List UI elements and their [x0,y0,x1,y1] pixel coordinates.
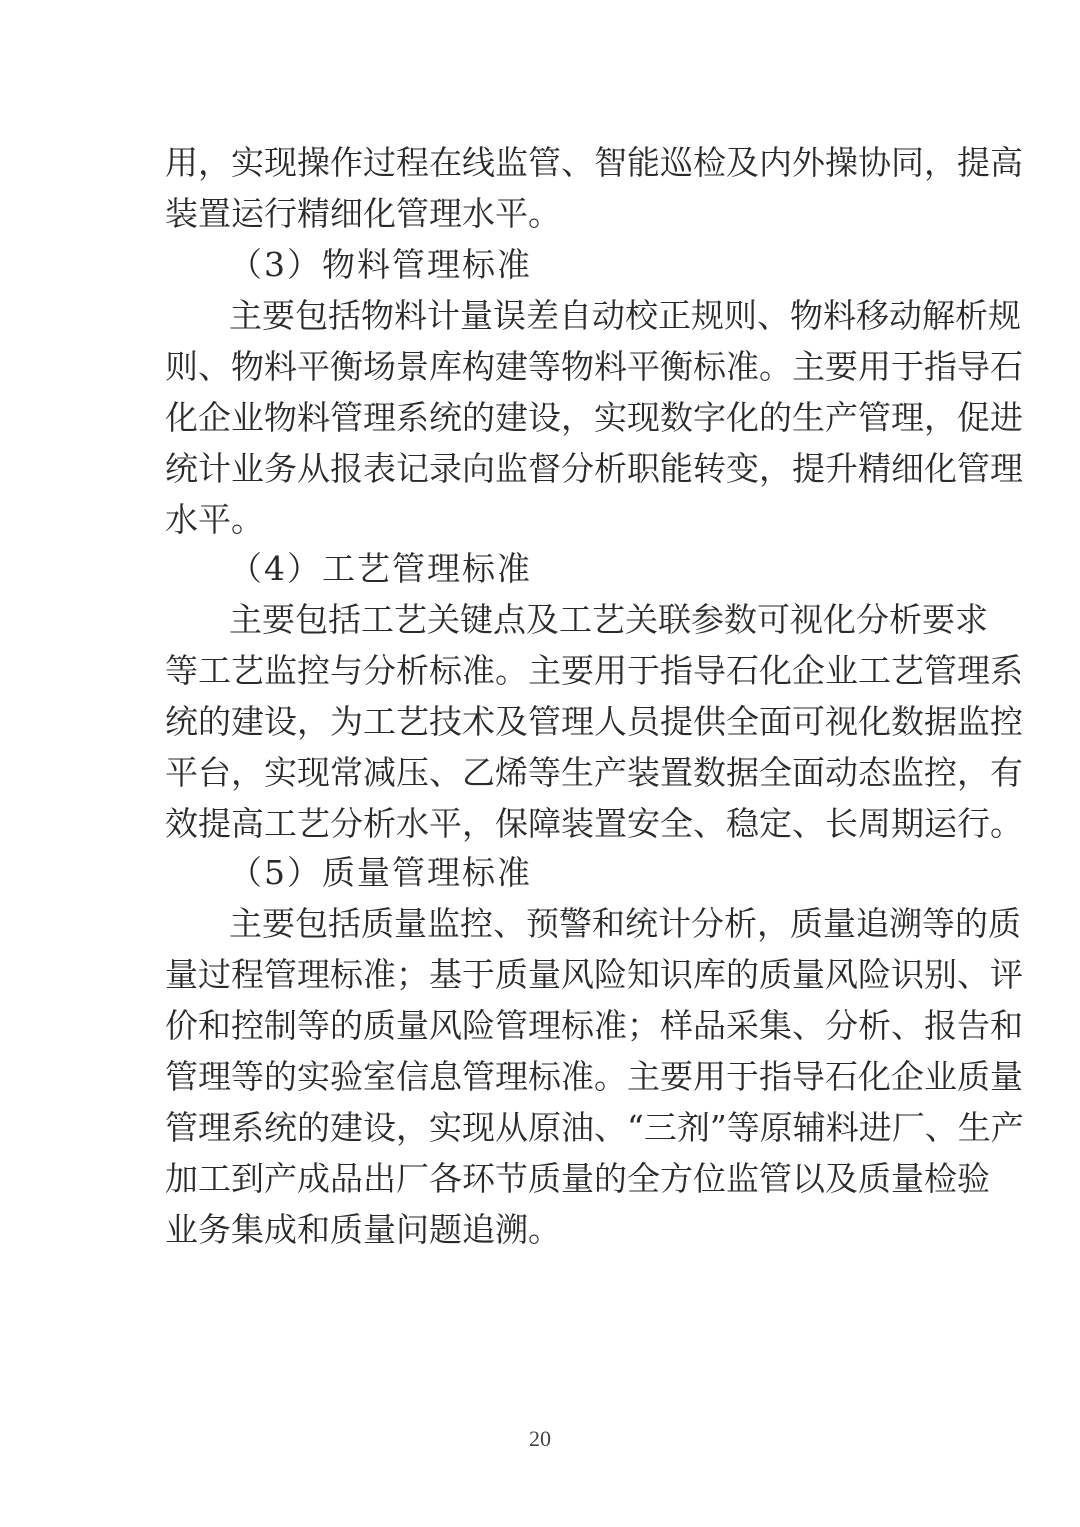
paragraph-line: 装置运行精细化管理水平。 [165,189,917,239]
page-number: 20 [0,1426,1080,1452]
section-heading-process-management: （4）工艺管理标准 [229,544,532,594]
section-heading-quality-management: （5）质量管理标准 [229,848,532,898]
paragraph-line: 量过程管理标准；基于质量风险知识库的质量风险识别、评 [165,950,917,1000]
paragraph-line: 业务集成和质量问题追溯。 [165,1205,917,1255]
paragraph-line: 平台，实现常减压、乙烯等生产装置数据全面动态监控，有 [165,748,917,798]
paragraph-line: 价和控制等的质量风险管理标准；样品采集、分析、报告和 [165,1001,917,1051]
document-page: 用，实现操作过程在线监管、智能巡检及内外操协同，提高 装置运行精细化管理水平。 … [0,0,1080,1527]
paragraph-line: 主要包括工艺关键点及工艺关联参数可视化分析要求 [229,595,917,645]
paragraph-line: 统的建设，为工艺技术及管理人员提供全面可视化数据监控 [165,697,917,747]
paragraph-line: 管理等的实验室信息管理标准。主要用于指导石化企业质量 [165,1052,917,1102]
paragraph-line: 统计业务从报表记录向监督分析职能转变，提升精细化管理 [165,444,917,494]
paragraph-line: 水平。 [165,495,917,545]
paragraph-line: 等工艺监控与分析标准。主要用于指导石化企业工艺管理系 [165,646,917,696]
paragraph-line: 主要包括质量监控、预警和统计分析，质量追溯等的质 [229,899,917,949]
paragraph-line: 效提高工艺分析水平，保障装置安全、稳定、长周期运行。 [165,799,917,849]
paragraph-line: 化企业物料管理系统的建设，实现数字化的生产管理，促进 [165,393,917,443]
paragraph-line: 则、物料平衡场景库构建等物料平衡标准。主要用于指导石 [165,342,917,392]
paragraph-line: 用，实现操作过程在线监管、智能巡检及内外操协同，提高 [165,138,917,188]
paragraph-line: 加工到产成品出厂各环节质量的全方位监管以及质量检验 [165,1154,917,1204]
paragraph-line: 管理系统的建设，实现从原油、“三剂”等原辅料进厂、生产 [165,1103,917,1153]
section-heading-material-management: （3）物料管理标准 [229,240,532,290]
paragraph-line: 主要包括物料计量误差自动校正规则、物料移动解析规 [229,291,917,341]
